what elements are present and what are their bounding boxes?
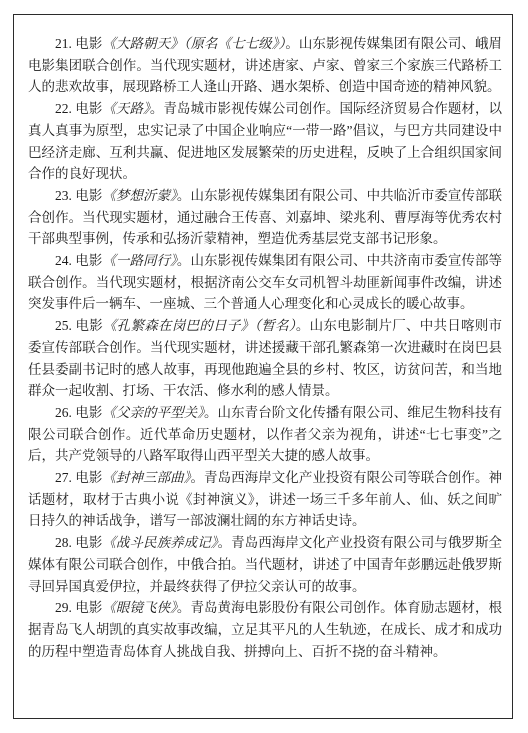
text-segment: 22. 电影: [55, 101, 102, 116]
film-title: 《封神三部曲》: [102, 470, 190, 485]
film-entry: 25. 电影《孔繁森在岗巴的日子》（暂名）。山东电影制片厂、中共日喀则市委宣传部…: [28, 315, 502, 402]
film-entry: 28. 电影《战斗民族养成记》。青岛西海岸文化产业投资有限公司与俄罗斯全媒体有限…: [28, 532, 502, 597]
film-title: 《天路》: [102, 101, 149, 116]
text-segment: 24. 电影: [55, 253, 102, 268]
film-title: 《一路同行》: [102, 253, 177, 268]
film-title: 《梦想沂蒙》: [102, 188, 177, 203]
film-entry: 29. 电影《眼镜飞侠》。青岛黄海电影股份有限公司创作。体育励志题材，根据青岛飞…: [28, 597, 502, 662]
text-segment: 23. 电影: [55, 188, 102, 203]
text-segment: 27. 电影: [55, 470, 102, 485]
film-title: 《眼镜飞侠》: [102, 600, 177, 615]
film-title: 《大路朝天》（原名《七七级》）: [102, 36, 285, 51]
film-entry: 22. 电影《天路》。青岛城市影视传媒公司创作。国际经济贸易合作题材，以真人真事…: [28, 98, 502, 185]
film-entry: 24. 电影《一路同行》。山东影视传媒集团有限公司、中共济南市委宣传部等联合创作…: [28, 250, 502, 315]
film-entry: 26. 电影《父亲的平型关》。山东青台阶文化传播有限公司、维尼生物科技有限公司联…: [28, 402, 502, 467]
text-segment: 25. 电影: [55, 318, 103, 333]
film-title: 《孔繁森在岗巴的日子》（暂名）: [103, 318, 296, 333]
film-title: 《父亲的平型关》: [102, 405, 204, 420]
text-segment: 28. 电影: [55, 535, 102, 550]
text-segment: 21. 电影: [55, 36, 102, 51]
film-entry: 21. 电影《大路朝天》（原名《七七级》）。山东影视传媒集团有限公司、峨眉电影集…: [28, 33, 502, 98]
text-segment: 29. 电影: [55, 600, 102, 615]
film-title: 《战斗民族养成记》: [102, 535, 217, 550]
text-segment: 26. 电影: [55, 405, 102, 420]
film-entry: 27. 电影《封神三部曲》。青岛西海岸文化产业投资有限公司等联合创作。神话题材，…: [28, 467, 502, 532]
document-body: 21. 电影《大路朝天》（原名《七七级》）。山东影视传媒集团有限公司、峨眉电影集…: [28, 33, 502, 662]
film-entry: 23. 电影《梦想沂蒙》。山东影视传媒集团有限公司、中共临沂市委宣传部联合创作。…: [28, 185, 502, 250]
